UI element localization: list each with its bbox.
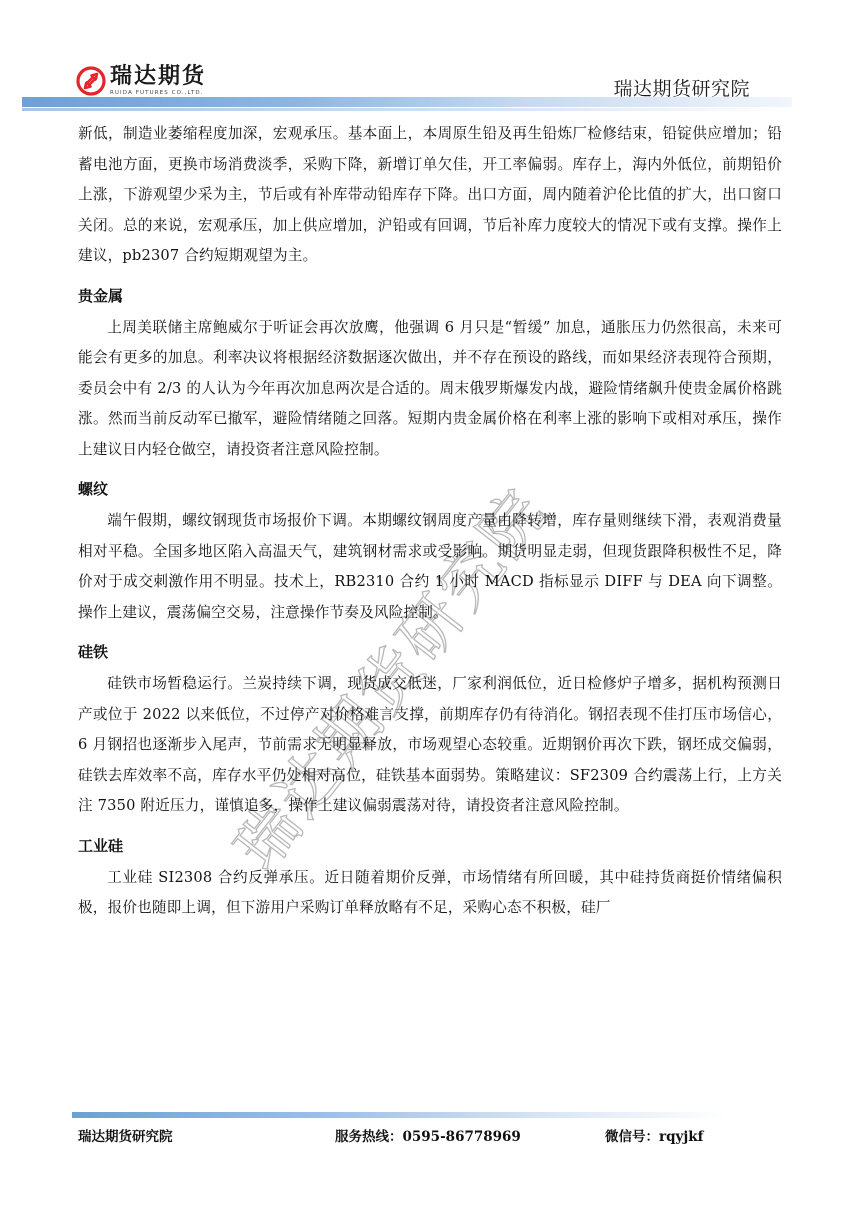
- footer-wechat: 微信号：rqyjkf: [605, 1125, 703, 1145]
- company-logo: 瑞达期货 RUIDA FUTURES CO.,LTD.: [76, 61, 206, 101]
- page-header: 瑞达期货 RUIDA FUTURES CO.,LTD. 瑞达期货研究院: [0, 0, 860, 115]
- section-title-industrial-silicon: 工业硅: [78, 835, 782, 857]
- logo-english-name: RUIDA FUTURES CO.,LTD.: [110, 91, 206, 97]
- section-title-precious-metals: 贵金属: [78, 285, 782, 307]
- header-divider-bar: [22, 97, 792, 107]
- ruida-logo-icon: [76, 66, 106, 96]
- lead-paragraph: 新低，制造业萎缩程度加深，宏观承压。基本面上，本周原生铅及再生铅炼厂检修结束，铅…: [78, 119, 782, 272]
- section-title-ferrosilicon: 硅铁: [78, 641, 782, 663]
- document-body: 新低，制造业萎缩程度加深，宏观承压。基本面上，本周原生铅及再生铅炼厂检修结束，铅…: [78, 119, 782, 924]
- section-title-rebar: 螺纹: [78, 478, 782, 500]
- industrial-silicon-paragraph: 工业硅 SI2308 合约反弹承压。近日随着期价反弹，市场情绪有所回暖，其中硅持…: [78, 863, 782, 924]
- page-footer: 瑞达期货研究院 服务热线：0595-86778969 微信号：rqyjkf: [78, 1125, 778, 1147]
- precious-metals-paragraph: 上周美联储主席鲍威尔于听证会再次放鹰，他强调 6 月只是“暂缓” 加息，通胀压力…: [78, 313, 782, 466]
- ferrosilicon-paragraph: 硅铁市场暂稳运行。兰炭持续下调，现货成交低迷，厂家利润低位，近日检修炉子增多，据…: [78, 669, 782, 822]
- rebar-paragraph: 端午假期，螺纹钢现货市场报价下调。本期螺纹钢周度产量由降转增，库存量则继续下滑，…: [78, 506, 782, 628]
- logo-chinese-name: 瑞达期货: [110, 66, 206, 88]
- footer-divider-bar: [72, 1112, 727, 1118]
- footer-org-name: 瑞达期货研究院: [78, 1125, 173, 1145]
- header-divider-line: [22, 108, 792, 111]
- footer-hotline: 服务热线：0595-86778969: [335, 1125, 521, 1145]
